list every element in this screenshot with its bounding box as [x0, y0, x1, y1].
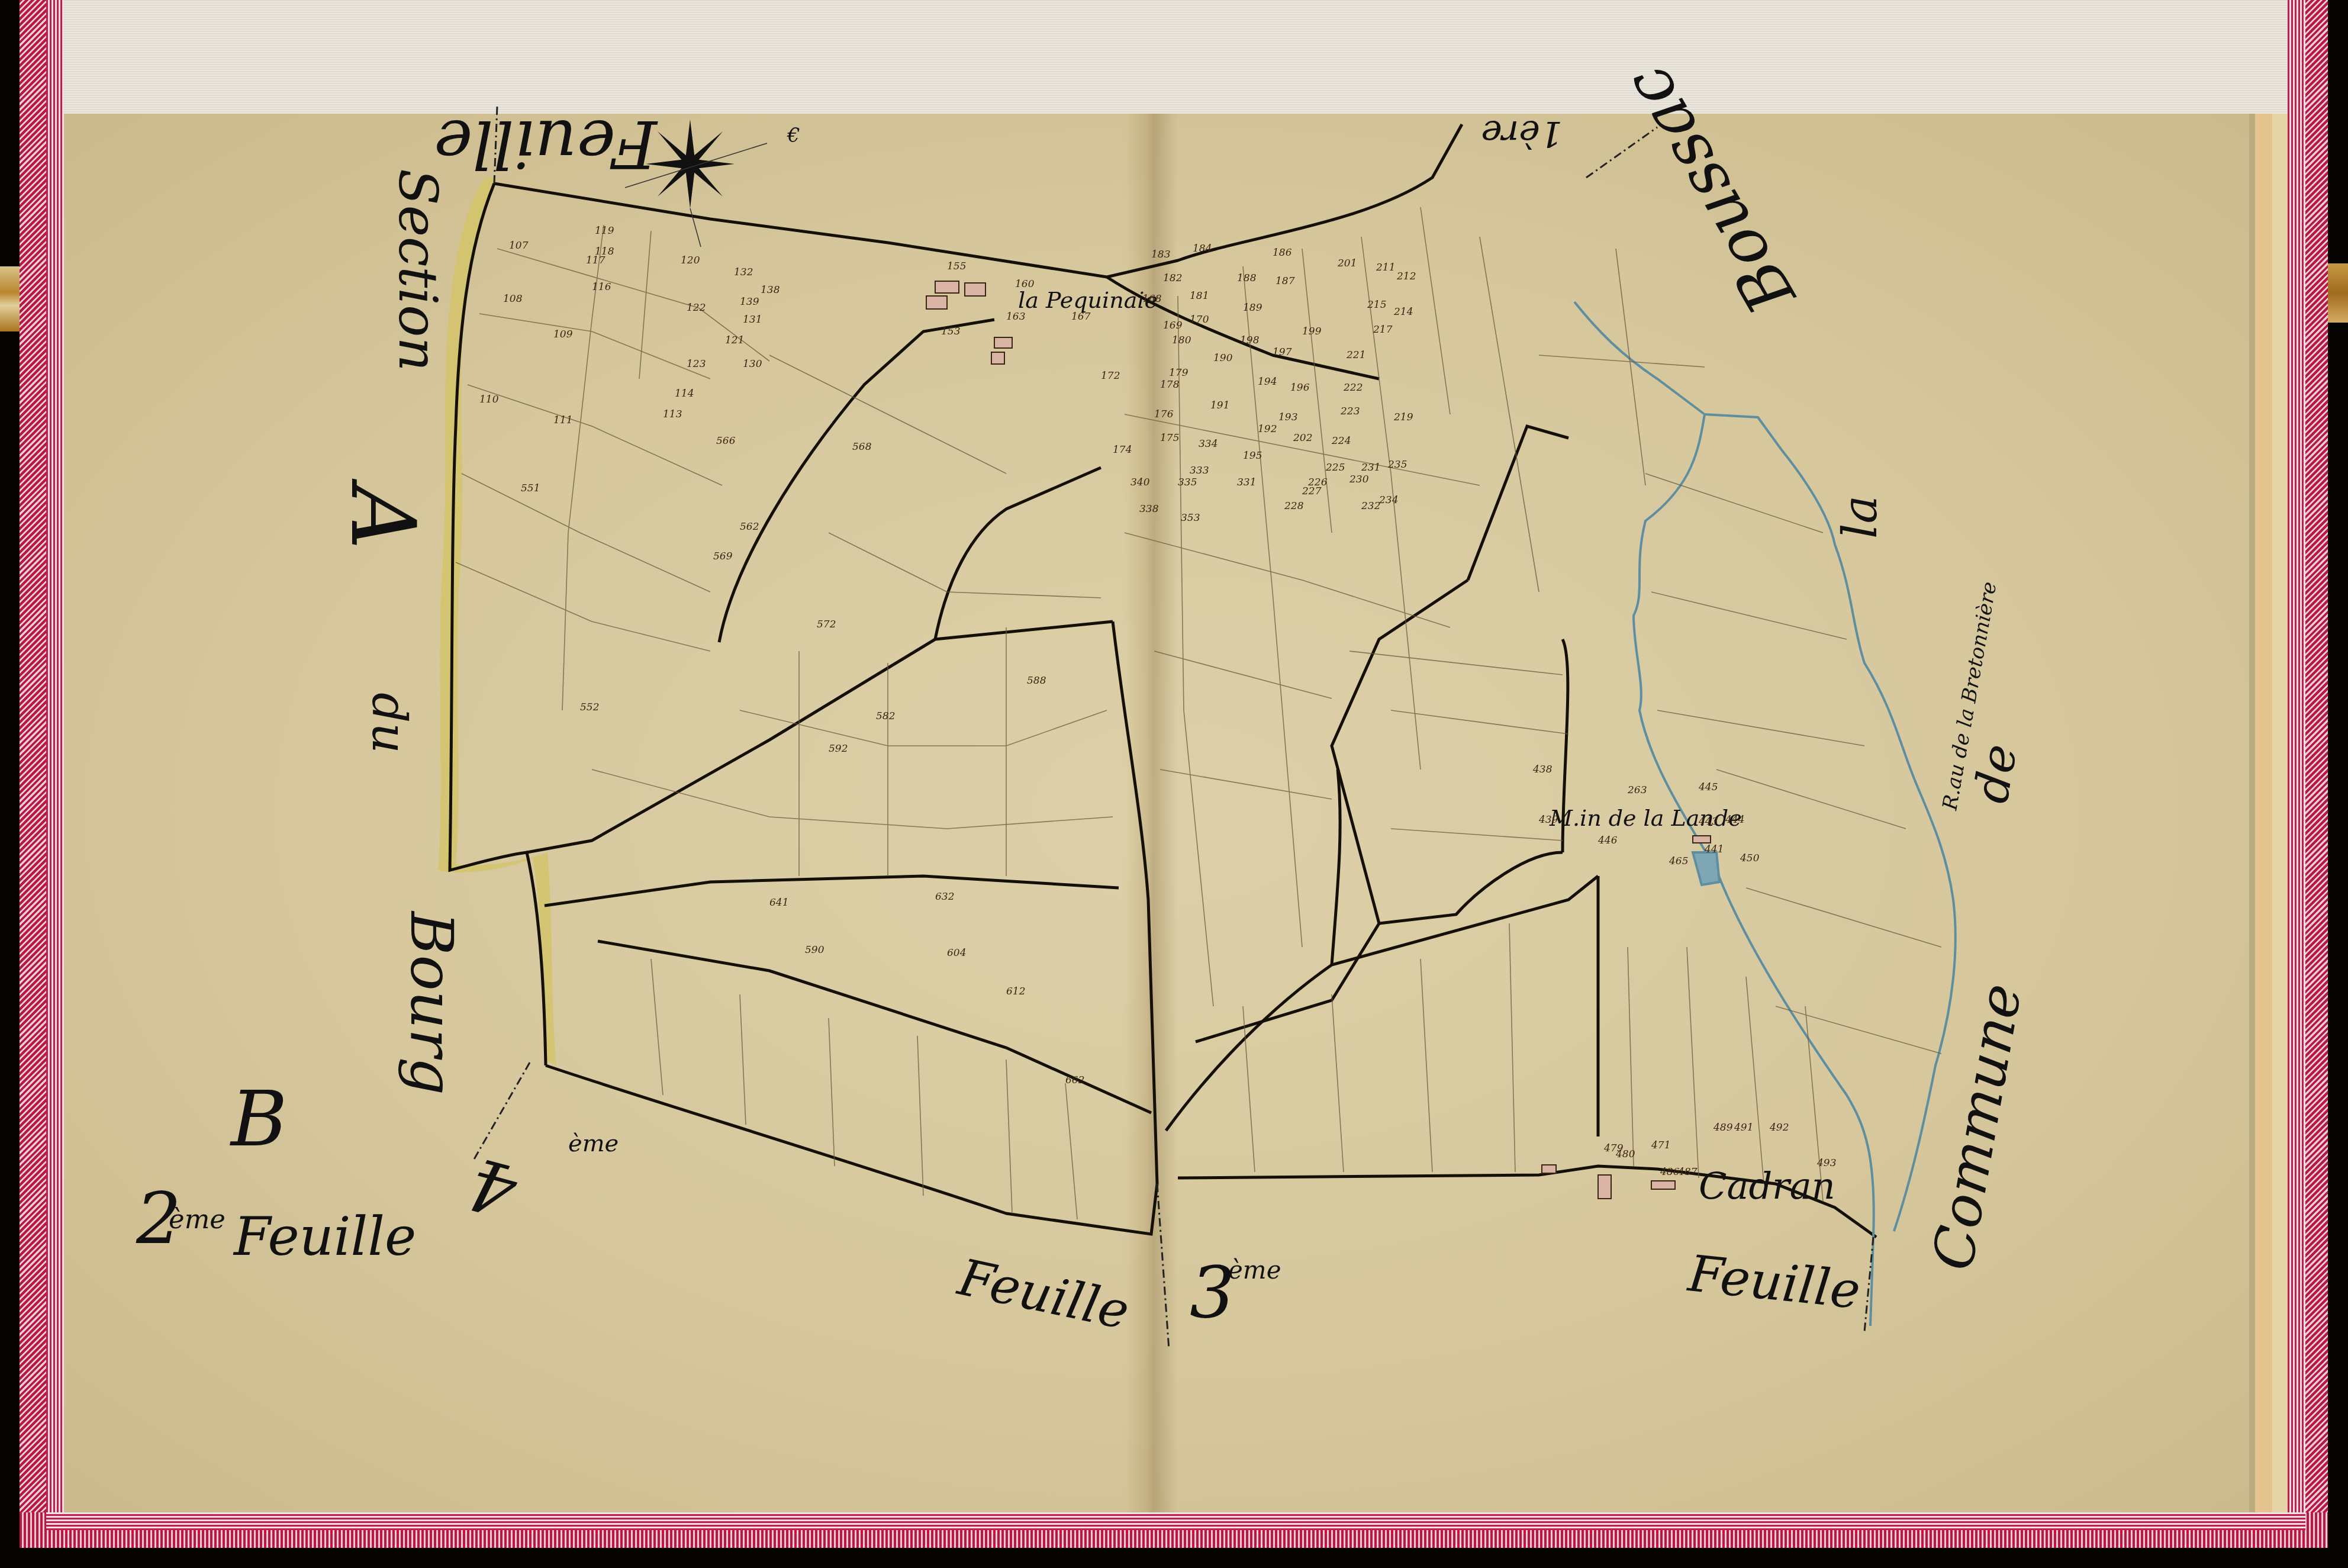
- parcel-number: 231: [1361, 462, 1380, 474]
- parcel-number: 334: [1199, 438, 1218, 450]
- parcel-number: 215: [1367, 299, 1386, 311]
- parcel-number: 181: [1190, 290, 1209, 302]
- neighbor-sheet-3-suffix: ème: [1228, 1255, 1281, 1284]
- bottom-feuille-left: Feuille: [952, 1248, 1134, 1341]
- parcel-number: 170: [1190, 314, 1209, 326]
- parcel-number: 155: [947, 260, 966, 272]
- parcel-number: 479: [1603, 1142, 1624, 1154]
- parcel-number: 108: [503, 293, 523, 305]
- parcel-number: 163: [1006, 311, 1025, 323]
- parcel-number: 189: [1243, 302, 1262, 314]
- parcel-number: 331: [1237, 476, 1256, 488]
- parcel-number: 492: [1769, 1122, 1789, 1134]
- sheet-number-suffix: ème: [169, 1203, 226, 1235]
- parcel-number: 443: [1698, 816, 1718, 828]
- parcel-number: 566: [716, 435, 736, 447]
- parcel-number: 180: [1172, 334, 1191, 346]
- parcel-number: 491: [1734, 1122, 1753, 1134]
- buildings: [926, 281, 1711, 1199]
- parcel-number: 114: [675, 388, 694, 400]
- parcel-number: 471: [1651, 1139, 1670, 1151]
- parcel-number: 493: [1816, 1157, 1836, 1169]
- parcel-number: 212: [1396, 271, 1416, 282]
- label-hamlet-pequinaie: la Pequinaie: [1018, 287, 1158, 313]
- parcel-number: 214: [1393, 306, 1413, 318]
- parcel-number: 188: [1237, 272, 1257, 284]
- commune-outer-boundary: [450, 124, 1876, 1237]
- parcel-number: 333: [1190, 465, 1209, 476]
- parcel-number: 582: [876, 710, 895, 722]
- parcel-number: 198: [1240, 334, 1260, 346]
- label-cadran: Cadran: [1699, 1164, 1835, 1208]
- parcel-number: 221: [1346, 349, 1365, 361]
- parcel-number: 552: [580, 701, 599, 713]
- parcel-number: 223: [1340, 405, 1360, 417]
- parcel-number: 194: [1258, 376, 1277, 388]
- parcel-number: 224: [1331, 435, 1351, 447]
- parcel-number: 444: [1725, 814, 1744, 826]
- parcel-number: 176: [1154, 408, 1174, 420]
- parcel-number: 562: [740, 521, 759, 533]
- parcel-number: 153: [941, 326, 960, 337]
- label-la: la: [1832, 495, 1888, 539]
- neighbor-sheet-4-suffix: ème: [568, 1130, 619, 1157]
- parcel-number: 439: [1538, 814, 1558, 826]
- cadastral-map: € Feuille 1ère Section A du Bourg Boussa…: [0, 0, 2348, 1568]
- parcel-number: 139: [740, 296, 759, 308]
- parcel-number: 465: [1669, 855, 1688, 867]
- parcel-number: 235: [1387, 459, 1407, 471]
- parcel-number: 450: [1740, 852, 1760, 864]
- parcel-number: 612: [1006, 986, 1025, 997]
- parcel-number: 193: [1278, 411, 1297, 423]
- parcel-number: 592: [829, 743, 848, 755]
- parcel-number: 227: [1302, 485, 1322, 497]
- parcel-number: 178: [1160, 379, 1180, 391]
- parcel-number: 234: [1378, 494, 1398, 506]
- parcel-number: 187: [1276, 275, 1295, 287]
- parcel-number: 182: [1163, 272, 1182, 284]
- parcel-number: 191: [1210, 400, 1229, 411]
- parcel-number: 217: [1373, 324, 1393, 336]
- neighbor-sheet-4-number: 4: [460, 1141, 526, 1232]
- parcel-number: 132: [734, 266, 753, 278]
- parcel-number: 662: [1065, 1074, 1084, 1086]
- parcel-number: 138: [761, 284, 780, 296]
- parcel-number: 168: [1142, 293, 1162, 305]
- parcel-number: 228: [1284, 500, 1304, 512]
- label-commune: Commune: [1920, 979, 2034, 1275]
- parcel-number: 183: [1151, 249, 1170, 260]
- parcel-number: 195: [1243, 450, 1262, 462]
- parcel-number: 590: [805, 944, 824, 956]
- parcel-number: 487: [1677, 1166, 1698, 1178]
- label-de: de: [1963, 740, 2028, 807]
- label-section: Section: [386, 169, 449, 371]
- parcel-number: 130: [743, 358, 762, 370]
- parcel-number: 568: [852, 441, 872, 453]
- parcel-number: 441: [1704, 843, 1724, 855]
- parcel-number: 160: [1015, 278, 1035, 290]
- parcel-number: 632: [935, 891, 954, 903]
- parcel-number: 107: [509, 240, 529, 252]
- parcel-number: 438: [1532, 764, 1553, 775]
- parcel-number: 569: [713, 550, 733, 562]
- parcel-number: 230: [1349, 474, 1369, 485]
- parcel-number: 202: [1293, 432, 1312, 444]
- parcel-number: 169: [1163, 320, 1183, 331]
- parcel-number: 486: [1660, 1166, 1680, 1178]
- parcel-lines: [456, 207, 1941, 1219]
- parcel-number: 551: [521, 482, 540, 494]
- parcel-number: 192: [1258, 423, 1277, 435]
- parcel-number: 196: [1290, 382, 1310, 394]
- parcel-number: 232: [1361, 500, 1380, 512]
- label-boussac: Boussac: [1609, 53, 1811, 327]
- parcel-number: 338: [1139, 503, 1159, 515]
- parcel-number: 211: [1376, 262, 1395, 273]
- parcel-number: 263: [1627, 784, 1647, 796]
- label-top-1ere: 1ère: [1481, 112, 1563, 154]
- parcel-number: 109: [553, 329, 573, 340]
- parcel-number: 197: [1273, 346, 1292, 358]
- parcel-number: 446: [1597, 835, 1618, 846]
- parcel-number: 179: [1169, 367, 1189, 379]
- parcel-number: 222: [1343, 382, 1363, 394]
- parcel-number: 116: [592, 281, 611, 293]
- parcel-number: 572: [817, 619, 836, 630]
- parcel-number: 641: [769, 897, 788, 909]
- parcel-number: 186: [1273, 247, 1292, 259]
- parcel-number: 123: [687, 358, 706, 370]
- parcel-number: 190: [1213, 352, 1233, 364]
- sheet-word-feuille: Feuille: [233, 1206, 416, 1268]
- parcel-number: 120: [681, 255, 700, 266]
- label-section-letter-a: A: [331, 478, 434, 549]
- parcel-number: 110: [479, 394, 499, 405]
- parcel-number: 199: [1302, 326, 1322, 337]
- bottom-feuille-right: Feuille: [1684, 1244, 1863, 1321]
- section-letter-b: B: [230, 1074, 288, 1164]
- parcel-number: 122: [687, 302, 706, 314]
- parcel-number: 445: [1698, 781, 1718, 793]
- parcel-number: 113: [663, 408, 682, 420]
- label-du: du: [362, 693, 417, 754]
- parcel-number: 174: [1113, 444, 1132, 456]
- parcel-number: 119: [595, 225, 614, 237]
- parcel-number: 201: [1337, 257, 1357, 269]
- parcel-number: 225: [1325, 462, 1345, 474]
- parcel-number: 111: [553, 414, 572, 426]
- parcel-number: 121: [725, 334, 744, 346]
- parcel-number: 604: [947, 947, 966, 959]
- label-bourg: Bourg: [397, 910, 466, 1095]
- parcel-number: 167: [1071, 311, 1091, 323]
- parcel-number: 353: [1181, 512, 1200, 524]
- label-top-feuille: Feuille: [434, 106, 658, 182]
- parcel-number: 219: [1393, 411, 1413, 423]
- compass-east-mark: €: [787, 124, 800, 147]
- parcel-number: 131: [743, 314, 762, 326]
- parcel-number: 184: [1193, 243, 1212, 255]
- parcel-number: 489: [1713, 1122, 1733, 1134]
- parcel-number: 175: [1160, 432, 1179, 444]
- parcel-number: 118: [595, 246, 614, 257]
- sheet-join-lines: [474, 107, 1873, 1350]
- parcel-number: 172: [1101, 370, 1120, 382]
- parcel-number: 340: [1130, 476, 1150, 488]
- parcel-number: 588: [1027, 675, 1046, 687]
- parcel-number: 335: [1178, 476, 1197, 488]
